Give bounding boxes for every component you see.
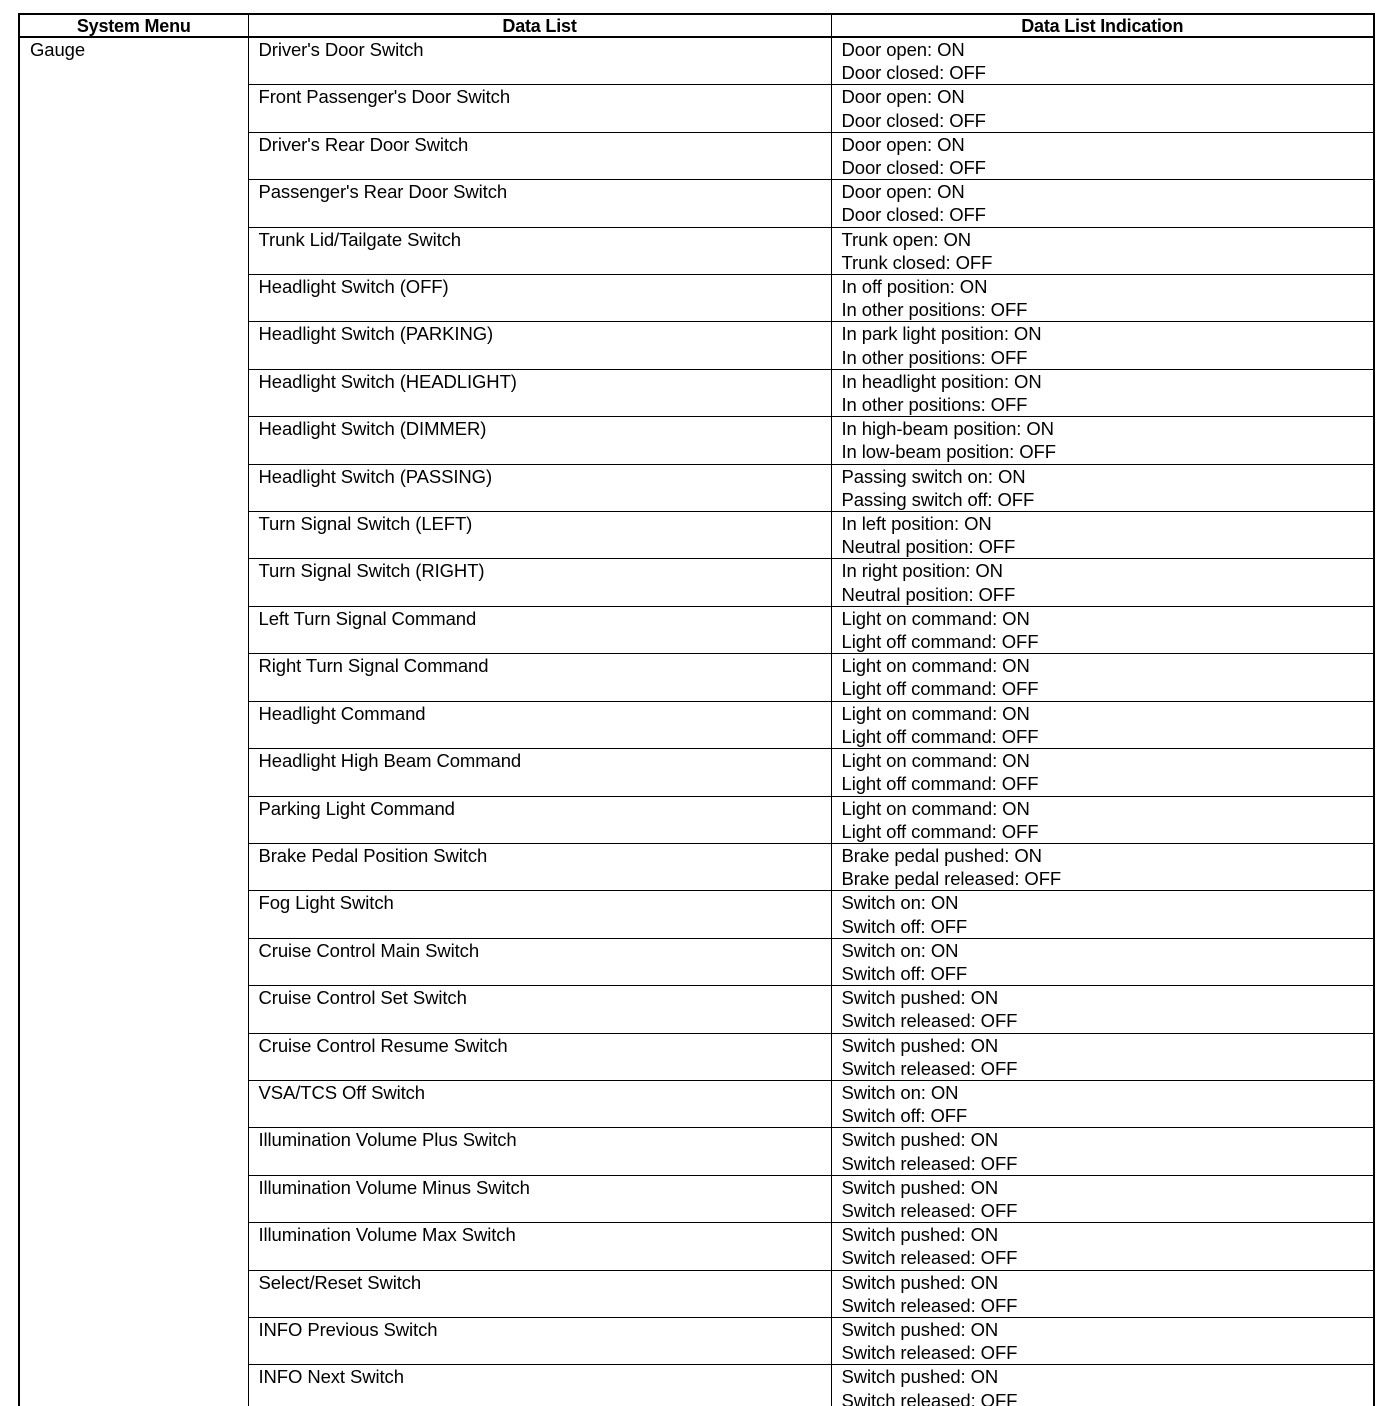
indication-on: Switch pushed: ON [842,1034,1374,1057]
data-list-indication: Switch pushed: ONSwitch released: OFF [831,1270,1374,1317]
data-list-indication: Light on command: ONLight off command: O… [831,606,1374,653]
indication-off: Light off command: OFF [842,820,1374,843]
data-list-indication: Switch pushed: ONSwitch released: OFF [831,1033,1374,1080]
indication-off: Door closed: OFF [842,156,1374,179]
indication-off: Switch off: OFF [842,962,1374,985]
data-list-item: Front Passenger's Door Switch [248,85,831,132]
indication-off: Brake pedal released: OFF [842,867,1374,890]
data-list-indication: In left position: ONNeutral position: OF… [831,512,1374,559]
indication-off: Door closed: OFF [842,61,1374,84]
indication-off: Switch released: OFF [842,1199,1374,1222]
data-list-indication: Brake pedal pushed: ONBrake pedal releas… [831,843,1374,890]
indication-off: Door closed: OFF [842,203,1374,226]
indication-off: Door closed: OFF [842,109,1374,132]
indication-off: Light off command: OFF [842,725,1374,748]
indication-off: In low-beam position: OFF [842,440,1374,463]
data-list-indication: Door open: ONDoor closed: OFF [831,85,1374,132]
indication-off: Switch off: OFF [842,915,1374,938]
indication-off: In other positions: OFF [842,298,1374,321]
indication-on: Switch on: ON [842,1081,1374,1104]
indication-on: Switch pushed: ON [842,1271,1374,1294]
indication-on: Door open: ON [842,180,1374,203]
data-list-indication: Trunk open: ONTrunk closed: OFF [831,227,1374,274]
indication-off: In other positions: OFF [842,393,1374,416]
data-list-item: Headlight Switch (HEADLIGHT) [248,369,831,416]
data-list-indication: Door open: ONDoor closed: OFF [831,180,1374,227]
data-list-indication: In park light position: ONIn other posit… [831,322,1374,369]
data-list-indication: In right position: ONNeutral position: O… [831,559,1374,606]
indication-on: Switch pushed: ON [842,1176,1374,1199]
data-list-item: Illumination Volume Minus Switch [248,1175,831,1222]
indication-off: Switch released: OFF [842,1057,1374,1080]
data-list-indication: Switch on: ONSwitch off: OFF [831,1080,1374,1127]
data-list-item: Passenger's Rear Door Switch [248,180,831,227]
data-list-indication: In high-beam position: ONIn low-beam pos… [831,417,1374,464]
data-list-indication: Switch pushed: ONSwitch released: OFF [831,1175,1374,1222]
indication-on: Door open: ON [842,133,1374,156]
data-list-item: Turn Signal Switch (RIGHT) [248,559,831,606]
indication-on: In right position: ON [842,559,1374,582]
data-list-indication: Switch pushed: ONSwitch released: OFF [831,1365,1374,1406]
data-list-indication: Switch pushed: ONSwitch released: OFF [831,1128,1374,1175]
data-list-indication: Switch pushed: ONSwitch released: OFF [831,1223,1374,1270]
data-list-item: INFO Next Switch [248,1365,831,1406]
indication-off: Passing switch off: OFF [842,488,1374,511]
table-row: GaugeDriver's Door SwitchDoor open: ONDo… [19,37,1374,85]
header-row: System Menu Data List Data List Indicati… [19,14,1374,37]
data-list-item: Headlight Switch (PASSING) [248,464,831,511]
indication-on: Door open: ON [842,85,1374,108]
indication-on: Brake pedal pushed: ON [842,844,1374,867]
data-list-item: Brake Pedal Position Switch [248,843,831,890]
indication-on: Switch pushed: ON [842,1318,1374,1341]
data-list-item: Headlight Switch (DIMMER) [248,417,831,464]
data-list-indication: Light on command: ONLight off command: O… [831,749,1374,796]
data-list-table: System Menu Data List Data List Indicati… [18,13,1375,1406]
data-list-item: Turn Signal Switch (LEFT) [248,512,831,559]
data-list-indication: In off position: ONIn other positions: O… [831,275,1374,322]
data-list-indication: Door open: ONDoor closed: OFF [831,132,1374,179]
indication-on: Switch pushed: ON [842,1128,1374,1151]
indication-on: Switch pushed: ON [842,1223,1374,1246]
indication-off: Neutral position: OFF [842,583,1374,606]
data-list-indication: Light on command: ONLight off command: O… [831,796,1374,843]
indication-on: Light on command: ON [842,702,1374,725]
data-list-indication: Switch pushed: ONSwitch released: OFF [831,1317,1374,1364]
data-list-item: Driver's Door Switch [248,37,831,85]
indication-off: Switch released: OFF [842,1009,1374,1032]
data-list-item: Fog Light Switch [248,891,831,938]
data-list-indication: Switch on: ONSwitch off: OFF [831,891,1374,938]
indication-on: Door open: ON [842,38,1374,61]
indication-on: Switch pushed: ON [842,1365,1374,1388]
data-list-indication: In headlight position: ONIn other positi… [831,369,1374,416]
header-data-list: Data List [248,14,831,37]
data-list-item: Illumination Volume Plus Switch [248,1128,831,1175]
indication-off: Switch released: OFF [842,1246,1374,1269]
indication-off: Switch released: OFF [842,1152,1374,1175]
indication-on: In left position: ON [842,512,1374,535]
indication-on: Switch on: ON [842,939,1374,962]
data-list-item: Driver's Rear Door Switch [248,132,831,179]
indication-on: In high-beam position: ON [842,417,1374,440]
data-list-item: Cruise Control Set Switch [248,986,831,1033]
indication-on: In headlight position: ON [842,370,1374,393]
header-data-list-indication: Data List Indication [831,14,1374,37]
indication-off: Light off command: OFF [842,677,1374,700]
indication-off: Switch released: OFF [842,1294,1374,1317]
indication-on: Passing switch on: ON [842,465,1374,488]
data-list-item: Trunk Lid/Tailgate Switch [248,227,831,274]
data-list-item: Parking Light Command [248,796,831,843]
indication-off: In other positions: OFF [842,346,1374,369]
data-list-item: Headlight High Beam Command [248,749,831,796]
data-list-indication: Switch on: ONSwitch off: OFF [831,938,1374,985]
indication-off: Light off command: OFF [842,630,1374,653]
indication-on: Light on command: ON [842,797,1374,820]
indication-on: Light on command: ON [842,607,1374,630]
indication-on: In off position: ON [842,275,1374,298]
data-list-item: Headlight Command [248,701,831,748]
data-list-item: Cruise Control Resume Switch [248,1033,831,1080]
indication-off: Switch released: OFF [842,1389,1374,1406]
data-list-item: Right Turn Signal Command [248,654,831,701]
data-list-item: VSA/TCS Off Switch [248,1080,831,1127]
indication-off: Switch off: OFF [842,1104,1374,1127]
data-list-indication: Switch pushed: ONSwitch released: OFF [831,986,1374,1033]
data-list-indication: Light on command: ONLight off command: O… [831,654,1374,701]
indication-on: In park light position: ON [842,322,1374,345]
indication-off: Light off command: OFF [842,772,1374,795]
data-list-item: Select/Reset Switch [248,1270,831,1317]
indication-on: Switch pushed: ON [842,986,1374,1009]
data-list-item: Headlight Switch (PARKING) [248,322,831,369]
indication-off: Neutral position: OFF [842,535,1374,558]
data-list-item: Illumination Volume Max Switch [248,1223,831,1270]
data-list-item: Headlight Switch (OFF) [248,275,831,322]
indication-off: Trunk closed: OFF [842,251,1374,274]
indication-off: Switch released: OFF [842,1341,1374,1364]
indication-on: Light on command: ON [842,749,1374,772]
indication-on: Switch on: ON [842,891,1374,914]
data-list-item: Left Turn Signal Command [248,606,831,653]
data-list-indication: Door open: ONDoor closed: OFF [831,37,1374,85]
data-list-indication: Light on command: ONLight off command: O… [831,701,1374,748]
data-list-item: INFO Previous Switch [248,1317,831,1364]
indication-on: Light on command: ON [842,654,1374,677]
indication-on: Trunk open: ON [842,228,1374,251]
header-system-menu: System Menu [19,14,248,37]
data-list-item: Cruise Control Main Switch [248,938,831,985]
system-menu-cell: Gauge [19,37,248,1406]
table-body: GaugeDriver's Door SwitchDoor open: ONDo… [19,37,1374,1406]
data-list-indication: Passing switch on: ONPassing switch off:… [831,464,1374,511]
